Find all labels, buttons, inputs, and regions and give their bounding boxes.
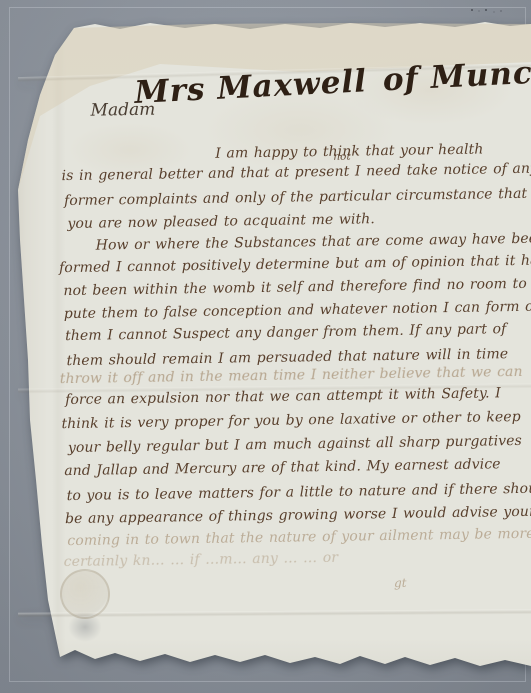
catchword-mark: gt xyxy=(394,576,407,590)
letter-line: be any appearance of things growing wors… xyxy=(65,504,531,527)
letter-line: your belly regular but I am much against… xyxy=(68,433,522,456)
salutation: Madam xyxy=(90,100,155,121)
letter-line: pute them to false conception and whatev… xyxy=(64,299,531,322)
letter-line: and Jallap and Mercury are of that kind.… xyxy=(64,456,501,479)
letter-line-faded: coming in to town that the nature of you… xyxy=(67,526,531,549)
interlinear-insertion: not xyxy=(333,151,350,163)
docket-title: Mrs Maxwellof Munches xyxy=(134,52,531,111)
letter-text: Mrs Maxwellof Munches Madam I am happy t… xyxy=(0,0,531,693)
docket-name: Mrs Maxwell xyxy=(134,63,368,111)
letter-line: think it is very proper for you by one l… xyxy=(61,409,521,432)
manuscript-photograph: Mrs Maxwellof Munches Madam I am happy t… xyxy=(0,0,531,693)
letter-line: them I cannot Suspect any danger from th… xyxy=(65,321,506,344)
letter-paper: Mrs Maxwellof Munches Madam I am happy t… xyxy=(0,0,531,693)
letter-line: former complaints and only of the partic… xyxy=(64,186,527,209)
docket-place: of Munches xyxy=(382,52,531,99)
letter-line: force an expulsion nor that we can attem… xyxy=(65,385,501,408)
letter-line-faded: certainly kn… … if …m… any … … or xyxy=(64,550,339,570)
letter-line: to you is to leave matters for a little … xyxy=(67,480,531,504)
letter-line: How or where the Substances that are com… xyxy=(96,231,531,254)
letter-line: not been within the womb it self and the… xyxy=(63,275,531,299)
letter-line: you are now pleased to acquaint me with. xyxy=(67,211,375,232)
letter-line: formed I cannot positively determine but… xyxy=(59,253,531,277)
letter-line: is in general better and that at present… xyxy=(61,161,531,184)
